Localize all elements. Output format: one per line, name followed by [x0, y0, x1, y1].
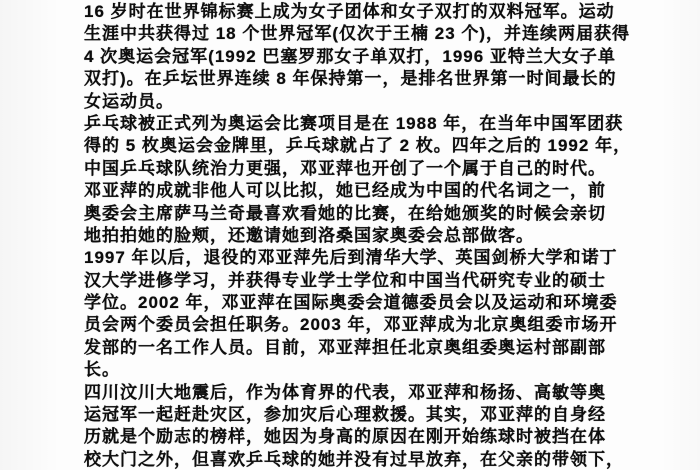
document-text: 16 岁时在世界锦标赛上成为女子团体和女子双打的双料冠军。运动生涯中共获得过 1… — [84, 1, 629, 470]
text-line: 4 次奥运会冠军(1992 巴塞罗那女子单双打，1996 亚特兰大女子单 — [84, 46, 629, 68]
text-line: 中国乒乓球队统治力更强，邓亚萍也开创了一个属于自己的时代。 — [84, 158, 629, 180]
text-line: 地拍拍她的脸颊，还邀请她到洛桑国家奥委会总部做客。 — [84, 225, 629, 247]
text-line: 生涯中共获得过 18 个世界冠军(仅次于王楠 23 个)，并连续两届获得 — [84, 23, 629, 45]
text-line: 邓亚萍的成就非他人可以比拟，她已经成为中国的代名词之一，前 — [84, 180, 629, 202]
text-line: 双打)。在乒坛世界连续 8 年保持第一，是排名世界第一时间最长的 — [84, 68, 629, 90]
document-page: 16 岁时在世界锦标赛上成为女子团体和女子双打的双料冠军。运动生涯中共获得过 1… — [0, 0, 700, 470]
text-line: 运冠军一起赶赴灾区，参加灾后心理救援。其实，邓亚萍的自身经 — [84, 404, 629, 426]
text-line: 女运动员。 — [84, 91, 629, 113]
text-line: 汉大学进修学习，并获得专业学士学位和中国当代研究专业的硕士 — [84, 270, 629, 292]
text-line: 1997 年以后，退役的邓亚萍先后到清华大学、英国剑桥大学和诺丁 — [84, 247, 629, 269]
text-line: 得的 5 枚奥运会金牌里，乒乓球就占了 2 枚。四年之后的 1992 年， — [84, 135, 629, 157]
text-line: 乒乓球被正式列为奥运会比赛项目是在 1988 年，在当年中国军团获 — [84, 113, 629, 135]
text-line: 16 岁时在世界锦标赛上成为女子团体和女子双打的双料冠军。运动 — [84, 1, 629, 23]
text-line: 学位。2002 年，邓亚萍在国际奥委会道德委员会以及运动和环境委 — [84, 292, 629, 314]
text-line: 历就是个励志的榜样，她因为身高的原因在刚开始练球时被挡在体 — [84, 426, 629, 448]
text-line: 发部的一名工作人员。目前，邓亚萍担任北京奥组委奥运村部副部 — [84, 337, 629, 359]
text-line: 奥委会主席萨马兰奇最喜欢看她的比赛，在给她颁奖的时候会亲切 — [84, 203, 629, 225]
text-line: 长。 — [84, 359, 629, 381]
text-line: 校大门之外，但喜欢乒乓球的她并没有过早放弃，在父亲的带领下， — [84, 449, 629, 470]
text-line: 四川汶川大地震后，作为体育界的代表，邓亚萍和杨扬、高敏等奥 — [84, 382, 629, 404]
text-line: 员会两个委员会担任职务。2003 年，邓亚萍成为北京奥组委市场开 — [84, 314, 629, 336]
